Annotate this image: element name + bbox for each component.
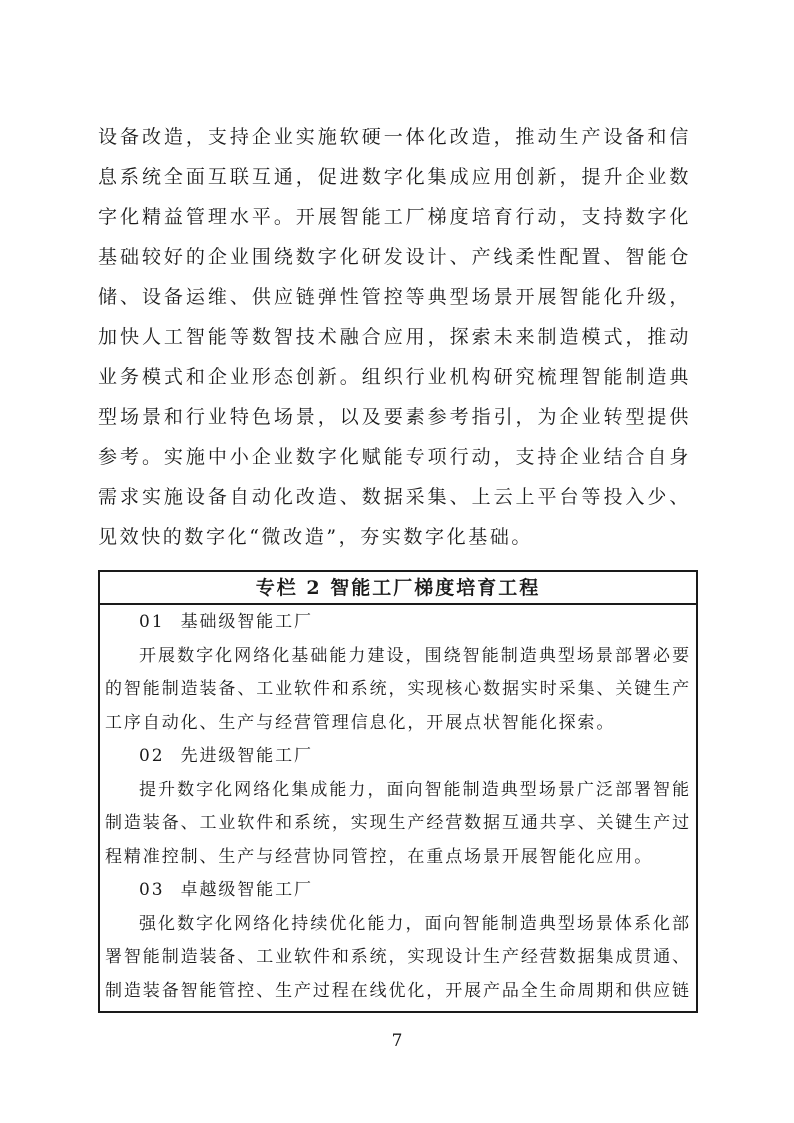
callout-item-excellent: 03卓越级智能工厂 强化数字化网络化持续优化能力，面向智能制造典型场景体系化部署… xyxy=(105,874,691,1008)
callout-item-advanced: 02先进级智能工厂 提升数字化网络化集成能力，面向智能制造典型场景广泛部署智能制… xyxy=(105,740,691,874)
item-title: 基础级智能工厂 xyxy=(181,612,313,632)
callout-box: 专栏 2 智能工厂梯度培育工程 01基础级智能工厂 开展数字化网络化基础能力建设… xyxy=(98,570,698,1013)
item-number: 02 xyxy=(139,746,164,766)
item-number: 01 xyxy=(139,612,164,632)
item-text: 强化数字化网络化持续优化能力，面向智能制造典型场景体系化部署智能制造装备、工业软… xyxy=(105,908,691,1009)
body-paragraph: 设备改造，支持企业实施软硬一体化改造，推动生产设备和信息系统全面互联互通，促进数… xyxy=(98,117,691,557)
callout-box-title: 专栏 2 智能工厂梯度培育工程 xyxy=(100,572,696,605)
item-heading: 02先进级智能工厂 xyxy=(105,740,691,774)
item-title: 先进级智能工厂 xyxy=(181,746,313,766)
callout-item-basic: 01基础级智能工厂 开展数字化网络化基础能力建设，围绕智能制造典型场景部署必要的… xyxy=(105,606,691,740)
item-text: 提升数字化网络化集成能力，面向智能制造典型场景广泛部署智能制造装备、工业软件和系… xyxy=(105,774,691,875)
item-title: 卓越级智能工厂 xyxy=(181,880,313,900)
item-number: 03 xyxy=(139,880,164,900)
item-text: 开展数字化网络化基础能力建设，围绕智能制造典型场景部署必要的智能制造装备、工业软… xyxy=(105,640,691,741)
item-heading: 01基础级智能工厂 xyxy=(105,606,691,640)
callout-box-body: 01基础级智能工厂 开展数字化网络化基础能力建设，围绕智能制造典型场景部署必要的… xyxy=(100,605,696,1011)
document-page: 设备改造，支持企业实施软硬一体化改造，推动生产设备和信息系统全面互联互通，促进数… xyxy=(0,0,794,1123)
page-number: 7 xyxy=(0,1031,794,1051)
item-heading: 03卓越级智能工厂 xyxy=(105,874,691,908)
